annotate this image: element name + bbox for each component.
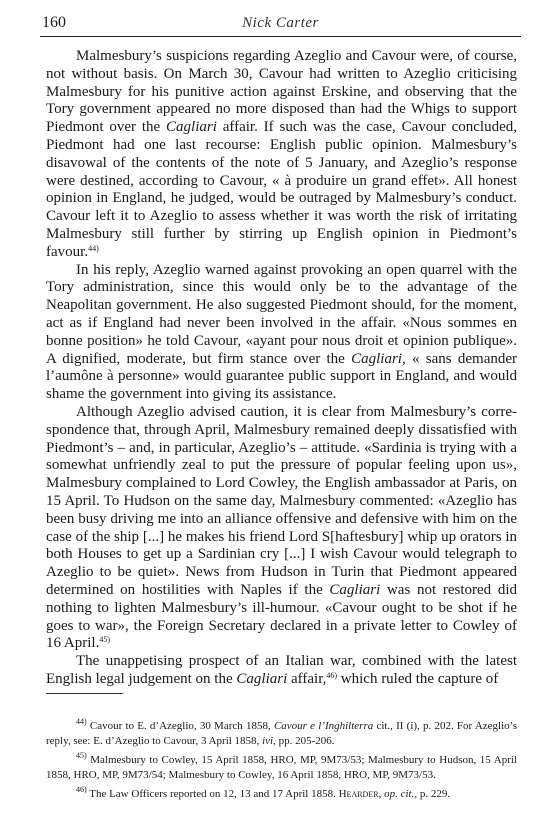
paragraph: In his reply, Azeglio warned against pro… [46, 262, 517, 404]
italic-text: op. cit. [384, 788, 414, 800]
italic-text: Cavour e l’Inghilterra [274, 720, 373, 732]
footnote-reference: 44) [88, 244, 99, 253]
footnote: 46) The Law Officers reported on 12, 13 … [46, 787, 517, 802]
text-run: The Law Officers reported on 12, 13 and … [87, 788, 339, 800]
footnote-marker: 44) [76, 717, 87, 726]
paragraph: Although Azeglio advised caution, it is … [46, 404, 517, 653]
italic-text: Cagliari [329, 582, 380, 598]
italic-text: Cagliari [351, 351, 402, 367]
paragraph: Malmesbury’s suspicions regarding Azegli… [46, 48, 517, 262]
footnote-marker: 46) [76, 785, 87, 794]
footnote-separator [46, 693, 123, 694]
text-run: , pp. 205-206. [273, 735, 334, 747]
footnotes: 44) Cavour to E. d’Azeglio, 30 March 185… [46, 719, 517, 807]
text-run: , p. 229. [414, 788, 450, 800]
text-run: Cavour to E. d’Azeglio, 30 March 1858, [87, 720, 274, 732]
footnote-marker: 45) [76, 751, 87, 760]
text-run: affair. If such was the case, Cavour con… [46, 119, 517, 260]
body-text: Malmesbury’s suspicions regarding Azegli… [46, 48, 517, 689]
text-run: affair, [287, 671, 326, 687]
footnote-reference: 45) [99, 635, 110, 644]
text-run: which ruled the capture of [337, 671, 498, 687]
footnote: 45) Malmesbury to Cowley, 15 April 1858,… [46, 753, 517, 782]
running-head-author: Nick Carter [40, 15, 521, 32]
italic-text: Cagliari [166, 119, 217, 135]
footnote-reference: 46) [326, 671, 337, 680]
author-name-smallcaps: Hearder [339, 788, 379, 800]
paragraph: The unappetising prospect of an Italian … [46, 653, 517, 689]
italic-text: Cagliari [236, 671, 287, 687]
page-header: 160 Nick Carter [40, 8, 521, 37]
text-run: Malmesbury to Cowley, 15 April 1858, HRO… [46, 754, 517, 781]
footnote: 44) Cavour to E. d’Azeglio, 30 March 185… [46, 719, 517, 748]
italic-text: ivi [262, 735, 273, 747]
text-run: Although Azeglio advised caution, it is … [46, 404, 517, 598]
